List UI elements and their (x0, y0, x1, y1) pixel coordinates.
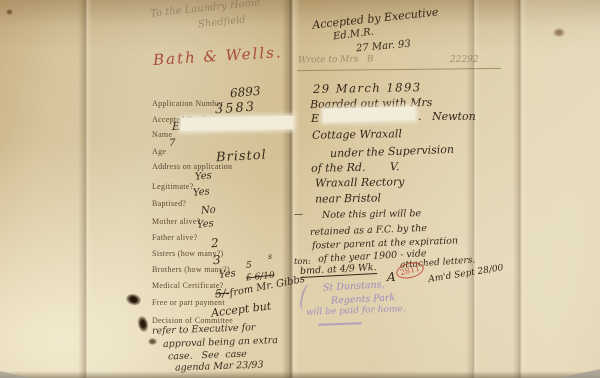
reviewer-initial: A (387, 270, 396, 284)
bottom-edge-shadow (0, 371, 600, 378)
medical-margin-note: 5 (246, 261, 252, 271)
pencil-memo: Wrote to Mrs B (298, 54, 374, 65)
fold-crease (78, 0, 92, 378)
field-label: Father alive? (152, 233, 197, 242)
purple-note-line: will be paid for home. (306, 304, 406, 317)
redacted-name-prefix: E (311, 112, 319, 125)
pencil-memo-number: 22292 (450, 55, 479, 65)
field-value: 6893 (229, 84, 261, 101)
field-value: Yes (196, 218, 214, 231)
field-label: Mother alive? (152, 217, 201, 226)
field-value-struck: 5/- (215, 287, 230, 301)
entry-line: of the Rd. V. (311, 160, 400, 175)
redaction-box-name (181, 116, 293, 131)
note-line: Note this girl will be (322, 208, 421, 221)
purple-underline-flourish (318, 322, 362, 326)
form-field-row: Legitimate? Yes (152, 176, 194, 194)
pencil-memo-rule (297, 68, 501, 71)
field-label: Baptised? (152, 199, 186, 208)
field-label: Legitimate? (152, 182, 194, 191)
field-value: E (172, 120, 180, 133)
note-line: retained as a F.C. by the (310, 223, 427, 238)
redacted-name-suffix: . Newton (418, 110, 476, 123)
note-dash: — (294, 210, 303, 220)
entry-line: Wraxall Rectory (315, 175, 405, 190)
entry-line: under the Supervision (330, 143, 454, 160)
field-value: 7 (169, 138, 175, 149)
form-field-row: Address on application Bristol (152, 156, 232, 174)
field-label: Application Number (152, 99, 223, 108)
redaction-box-name (323, 107, 415, 122)
entry-line: Cottage Wraxall (312, 127, 402, 142)
ink-stain (148, 338, 157, 345)
field-value: Bristol (216, 148, 268, 166)
acceptance-signature: Ed.M.R. (332, 27, 374, 43)
acceptance-line: Accepted by Executive (312, 5, 439, 31)
pencil-note-destination-line2: Shedfield (198, 15, 247, 31)
ink-stain (136, 315, 149, 333)
decision-line: approval being an extra (163, 335, 278, 350)
field-label: Age (152, 147, 166, 156)
field-value: No (201, 204, 217, 216)
field-value: 2 (210, 236, 219, 251)
form-field-row: Baptised? Yes (152, 193, 186, 211)
fold-fragment: s (268, 252, 272, 261)
decision-line: refer to Executive for (152, 322, 256, 337)
field-value: 3583 (215, 100, 257, 118)
entry-line: near Bristol (315, 191, 381, 205)
ink-stain (125, 292, 143, 307)
field-value: Yes (192, 186, 210, 199)
paper-blemish (6, 9, 13, 15)
purple-note-line: St Dunstans, (323, 279, 385, 293)
scanned-application-document: To the Laundry Home Shedfield Bath & Wel… (0, 0, 600, 378)
field-label: Medical Certificate? (152, 281, 224, 290)
acceptance-date: 27 Mar. 93 (356, 39, 412, 55)
note-line-boarding-rate: bmd. at 4/9 Wk. (300, 262, 377, 278)
field-value: Yes (218, 268, 236, 281)
right-paper-strip (520, 0, 600, 378)
diocese-note: Bath & Wells. (153, 43, 284, 69)
field-value: 3 (213, 253, 222, 267)
field-value: Yes (194, 170, 212, 183)
entry-line: 29 March 1893 (313, 80, 422, 96)
note-line: foster parent at the expiration (312, 235, 458, 251)
form-field-row: Medical Certificate? Yes (152, 275, 224, 293)
